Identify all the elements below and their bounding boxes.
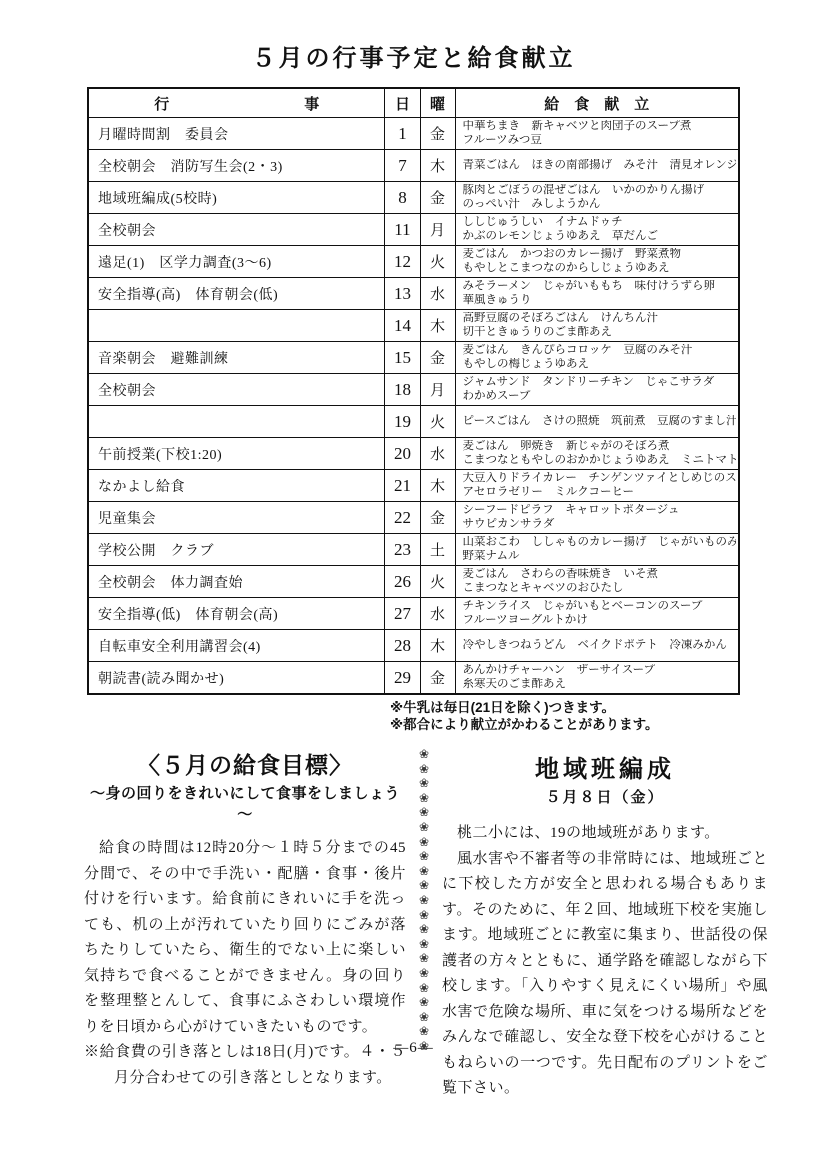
menu-line: ジャムサンド タンドリーチキン じゃこサラダ [463,376,736,390]
menu-cell: 中華ちまき 新キャベツと肉団子のスープ煮フルーツみつ豆 [455,118,739,150]
schedule-table-body: 月曜時間割 委員会1金中華ちまき 新キャベツと肉団子のスープ煮フルーツみつ豆全校… [88,118,739,695]
schedule-table: 行 事 日 曜 給 食 献 立 月曜時間割 委員会1金中華ちまき 新キャベツと肉… [87,87,740,695]
event-cell: 全校朝会 [88,214,385,246]
menu-cell: 山菜おこわ ししゃものカレー揚げ じゃがいものみそ汁野菜ナムル [455,534,739,566]
lunch-goal-paragraph: 給食の時間は12時20分～１時５分までの45分間で、その中で手洗い・配膳・食事・… [84,836,406,1040]
menu-cell: シーフードピラフ キャロットポタージュサウピカンサラダ [455,502,739,534]
menu-cell: あんかけチャーハン ザーサイスープ糸寒天のごま酢あえ [455,662,739,695]
flower-ornament-icon: ❀ [419,1010,429,1025]
day-cell: 29 [385,662,420,695]
area-group-title: 地域班編成 [442,749,768,784]
menu-line: 麦ごはん 卵焼き 新じゃがのそぼろ煮 [463,440,736,454]
weekday-cell: 木 [420,470,455,502]
table-row: 月曜時間割 委員会1金中華ちまき 新キャベツと肉団子のスープ煮フルーツみつ豆 [88,118,739,150]
event-cell: 安全指導(高) 体育朝会(低) [88,278,385,310]
area-group-date: ５月８日（金） [442,786,768,807]
table-row: 14木高野豆腐のそぼろごはん けんちん汁切干ときゅうりのごま酢あえ [88,310,739,342]
menu-cell: ししじゅうしい イナムドゥチかぶのレモンじょうゆあえ 草だんご [455,214,739,246]
menu-line: 切干ときゅうりのごま酢あえ [463,326,736,340]
weekday-cell: 金 [420,182,455,214]
menu-line: 麦ごはん きんぴらコロッケ 豆腐のみそ汁 [463,344,736,358]
menu-line: わかめスープ [463,390,736,404]
event-cell: 児童集会 [88,502,385,534]
table-row: 安全指導(高) 体育朝会(低)13水みそラーメン じゃがいももち 味付けうずら卵… [88,278,739,310]
table-row: 音楽朝会 避難訓練15金麦ごはん きんぴらコロッケ 豆腐のみそ汁もやしの梅じょう… [88,342,739,374]
menu-line: 高野豆腐のそぼろごはん けんちん汁 [463,312,736,326]
table-notes: ※牛乳は毎日(21日を除く)つきます。 ※都合により献立がかわることがあります。 [390,699,787,733]
menu-cell: 青菜ごはん ほきの南部揚げ みそ汁 清見オレンジ [455,150,739,182]
day-cell: 14 [385,310,420,342]
weekday-cell: 月 [420,214,455,246]
day-cell: 21 [385,470,420,502]
menu-cell: チキンライス じゃがいもとベーコンのスープフルーツヨーグルトかけ [455,598,739,630]
lunch-goal-title: 〈５月の給食目標〉 [84,747,406,780]
menu-line: 中華ちまき 新キャベツと肉団子のスープ煮 [463,120,736,134]
weekday-cell: 火 [420,566,455,598]
weekday-cell: 金 [420,342,455,374]
event-cell: 全校朝会 [88,374,385,406]
event-cell: なかよし給食 [88,470,385,502]
flower-ornament-icon: ❀ [419,1024,429,1039]
menu-line: 麦ごはん さわらの香味焼き いそ煮 [463,568,736,582]
weekday-cell: 土 [420,534,455,566]
day-cell: 19 [385,406,420,438]
flower-ornament-icon: ❀ [419,922,429,937]
event-cell: 朝読書(読み聞かせ) [88,662,385,695]
table-row: 全校朝会 体力調査始26火麦ごはん さわらの香味焼き いそ煮こまつなとキャベツの… [88,566,739,598]
table-row: 19火ピースごはん さけの照焼 筑前煮 豆腐のすまし汁 [88,406,739,438]
menu-line: のっぺい汁 みしようかん [463,198,736,212]
weekday-cell: 火 [420,246,455,278]
menu-cell: 冷やしきつねうどん ベイクドポテト 冷凍みかん [455,630,739,662]
header-events: 行 事 [88,88,385,118]
table-row: 児童集会22金シーフードピラフ キャロットポタージュサウピカンサラダ [88,502,739,534]
note-menu-change: ※都合により献立がかわることがあります。 [390,716,787,733]
flower-ornament-icon: ❀ [419,908,429,923]
day-cell: 22 [385,502,420,534]
day-cell: 28 [385,630,420,662]
event-cell: 遠足(1) 区学力調査(3～6) [88,246,385,278]
event-cell: 全校朝会 体力調査始 [88,566,385,598]
day-cell: 8 [385,182,420,214]
flower-ornament-icon: ❀ [419,893,429,908]
flower-ornament-icon: ❀ [419,864,429,879]
menu-line: もやしの梅じょうゆあえ [463,358,736,372]
menu-line: あんかけチャーハン ザーサイスープ [463,664,736,678]
flower-ornament-icon: ❀ [419,937,429,952]
table-row: 全校朝会18月ジャムサンド タンドリーチキン じゃこサラダわかめスープ [88,374,739,406]
area-group-paragraph: 桃二小には、19の地域班があります。 [442,821,768,847]
note-milk: ※牛乳は毎日(21日を除く)つきます。 [390,699,787,716]
flower-ornament-icon: ❀ [419,762,429,777]
menu-cell: 麦ごはん かつおのカレー揚げ 野菜煮物もやしとこまつなのからしじょうゆあえ [455,246,739,278]
flower-ornament-icon: ❀ [419,835,429,850]
area-group-paragraph: 風水害や不審者等の非常時には、地域班ごとに下校した方が安全と思われる場合もありま… [442,847,768,1102]
day-cell: 26 [385,566,420,598]
weekday-cell: 月 [420,374,455,406]
table-row: 遠足(1) 区学力調査(3～6)12火麦ごはん かつおのカレー揚げ 野菜煮物もや… [88,246,739,278]
day-cell: 27 [385,598,420,630]
header-menu: 給 食 献 立 [455,88,739,118]
menu-line: サウピカンサラダ [463,518,736,532]
table-row: 午前授業(下校1:20)20水麦ごはん 卵焼き 新じゃがのそぼろ煮こまつなともや… [88,438,739,470]
day-cell: 20 [385,438,420,470]
weekday-cell: 金 [420,118,455,150]
menu-line: 大豆入りドライカレー チンゲンツァイとしめじのスープ [463,472,736,486]
menu-line: ピースごはん さけの照焼 筑前煮 豆腐のすまし汁 [463,415,736,429]
flower-ornament-icon: ❀ [419,878,429,893]
menu-line: 華風きゅうり [463,294,736,308]
weekday-cell: 火 [420,406,455,438]
menu-cell: 麦ごはん 卵焼き 新じゃがのそぼろ煮こまつなともやしのおかかじょうゆあえ ミニト… [455,438,739,470]
flower-ornament-icon: ❀ [419,849,429,864]
menu-line: 山菜おこわ ししゃものカレー揚げ じゃがいものみそ汁 [463,536,736,550]
day-cell: 7 [385,150,420,182]
menu-line: 糸寒天のごま酢あえ [463,678,736,692]
flower-ornament-icon: ❀ [419,791,429,806]
table-row: 学校公開 クラブ23土山菜おこわ ししゃものカレー揚げ じゃがいものみそ汁野菜ナ… [88,534,739,566]
table-row: 全校朝会 消防写生会(2・3)7木青菜ごはん ほきの南部揚げ みそ汁 清見オレン… [88,150,739,182]
event-cell [88,406,385,438]
weekday-cell: 木 [420,150,455,182]
table-row: 地域班編成(5校時)8金豚肉とごぼうの混ぜごはん いかのかりん揚げのっぺい汁 み… [88,182,739,214]
page-number: ―6― [0,1040,827,1057]
weekday-cell: 木 [420,310,455,342]
menu-cell: 高野豆腐のそぼろごはん けんちん汁切干ときゅうりのごま酢あえ [455,310,739,342]
day-cell: 1 [385,118,420,150]
lunch-goal-subtitle: ～身の回りをきれいにして食事をしましょう～ [84,782,406,824]
flower-ornament-icon: ❀ [419,820,429,835]
event-cell: 全校朝会 消防写生会(2・3) [88,150,385,182]
weekday-cell: 金 [420,662,455,695]
day-cell: 11 [385,214,420,246]
menu-line: シーフードピラフ キャロットポタージュ [463,504,736,518]
menu-cell: 豚肉とごぼうの混ぜごはん いかのかりん揚げのっぺい汁 みしようかん [455,182,739,214]
day-cell: 23 [385,534,420,566]
menu-line: チキンライス じゃがいもとベーコンのスープ [463,600,736,614]
menu-line: 麦ごはん かつおのカレー揚げ 野菜煮物 [463,248,736,262]
event-cell: 自転車安全利用講習会(4) [88,630,385,662]
menu-line: こまつなともやしのおかかじょうゆあえ ミニトマト [463,454,736,468]
menu-line: 青菜ごはん ほきの南部揚げ みそ汁 清見オレンジ [463,159,736,173]
flower-ornament-icon: ❀ [419,951,429,966]
table-row: 自転車安全利用講習会(4)28木冷やしきつねうどん ベイクドポテト 冷凍みかん [88,630,739,662]
weekday-cell: 水 [420,598,455,630]
table-row: 安全指導(低) 体育朝会(高)27水チキンライス じゃがいもとベーコンのスープフ… [88,598,739,630]
menu-cell: ジャムサンド タンドリーチキン じゃこサラダわかめスープ [455,374,739,406]
menu-line: こまつなとキャベツのおひたし [463,582,736,596]
menu-line: みそラーメン じゃがいももち 味付けうずら卵 [463,280,736,294]
table-row: 全校朝会11月ししじゅうしい イナムドゥチかぶのレモンじょうゆあえ 草だんご [88,214,739,246]
flower-ornament-icon: ❀ [419,966,429,981]
menu-line: ししじゅうしい イナムドゥチ [463,216,736,230]
table-row: 朝読書(読み聞かせ)29金あんかけチャーハン ザーサイスープ糸寒天のごま酢あえ [88,662,739,695]
event-cell: 音楽朝会 避難訓練 [88,342,385,374]
flower-ornament-icon: ❀ [419,805,429,820]
day-cell: 15 [385,342,420,374]
header-weekday: 曜 [420,88,455,118]
menu-cell: 麦ごはん さわらの香味焼き いそ煮こまつなとキャベツのおひたし [455,566,739,598]
menu-line: 冷やしきつねうどん ベイクドポテト 冷凍みかん [463,639,736,653]
menu-line: 野菜ナムル [463,550,736,564]
page-title: ５月の行事予定と給食献立 [0,38,827,73]
menu-line: かぶのレモンじょうゆあえ 草だんご [463,230,736,244]
day-cell: 12 [385,246,420,278]
event-cell: 安全指導(低) 体育朝会(高) [88,598,385,630]
menu-line: フルーツヨーグルトかけ [463,614,736,628]
day-cell: 18 [385,374,420,406]
event-cell [88,310,385,342]
event-cell: 月曜時間割 委員会 [88,118,385,150]
event-cell: 学校公開 クラブ [88,534,385,566]
flower-ornament-icon: ❀ [419,995,429,1010]
newsletter-page: ５月の行事予定と給食献立 行 事 日 曜 給 食 献 立 月曜時間割 委員会1金… [0,0,827,1170]
menu-line: もやしとこまつなのからしじょうゆあえ [463,262,736,276]
menu-cell: みそラーメン じゃがいももち 味付けうずら卵華風きゅうり [455,278,739,310]
flower-ornament-icon: ❀ [419,776,429,791]
menu-cell: ピースごはん さけの照焼 筑前煮 豆腐のすまし汁 [455,406,739,438]
table-header-row: 行 事 日 曜 給 食 献 立 [88,88,739,118]
event-cell: 午前授業(下校1:20) [88,438,385,470]
weekday-cell: 金 [420,502,455,534]
table-row: なかよし給食21木大豆入りドライカレー チンゲンツァイとしめじのスープアセロラゼ… [88,470,739,502]
menu-line: フルーツみつ豆 [463,134,736,148]
weekday-cell: 木 [420,630,455,662]
weekday-cell: 水 [420,438,455,470]
day-cell: 13 [385,278,420,310]
menu-line: 豚肉とごぼうの混ぜごはん いかのかりん揚げ [463,184,736,198]
flower-ornament-icon: ❀ [419,981,429,996]
event-cell: 地域班編成(5校時) [88,182,385,214]
menu-line: アセロラゼリー ミルクコーヒー [463,486,736,500]
header-day: 日 [385,88,420,118]
menu-cell: 麦ごはん きんぴらコロッケ 豆腐のみそ汁もやしの梅じょうゆあえ [455,342,739,374]
flower-ornament-icon: ❀ [419,747,429,762]
weekday-cell: 水 [420,278,455,310]
menu-cell: 大豆入りドライカレー チンゲンツァイとしめじのスープアセロラゼリー ミルクコーヒ… [455,470,739,502]
